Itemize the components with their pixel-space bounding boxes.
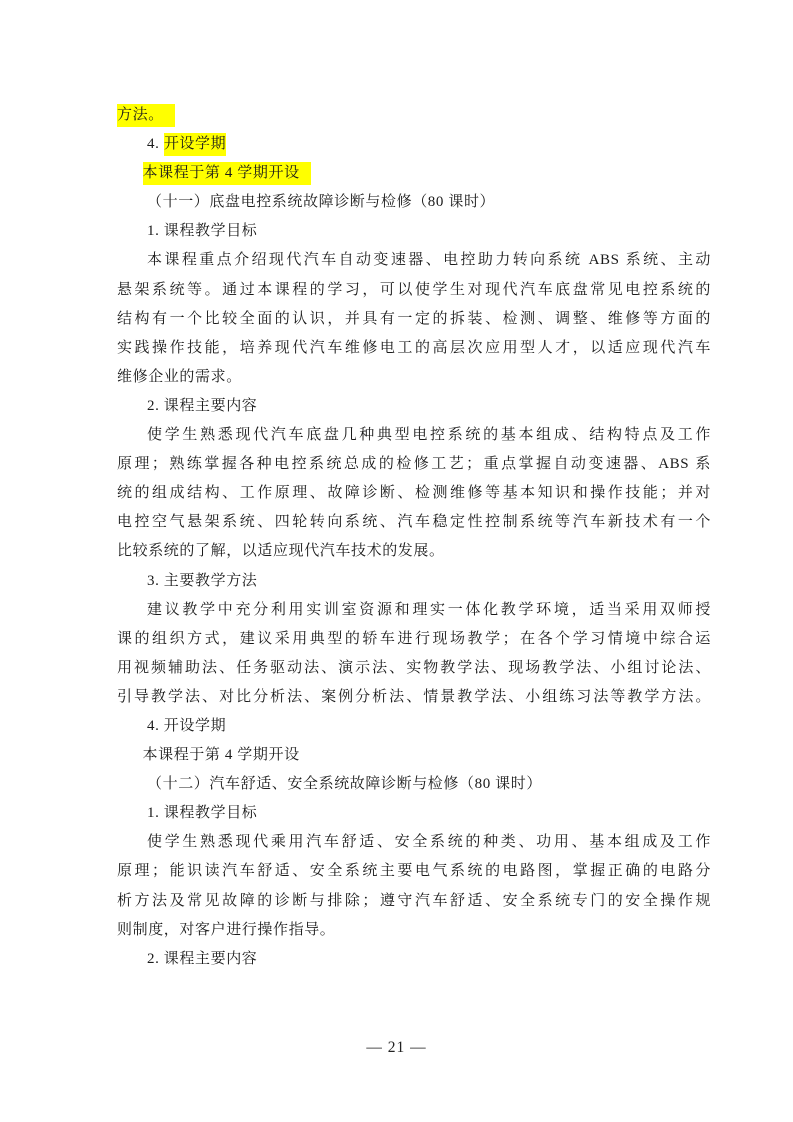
text-segment: 4. 开设学期	[147, 718, 226, 734]
text-line: （十一）底盘电控系统故障诊断与检修（80 课时）	[117, 188, 711, 217]
text-segment: 1. 课程教学目标	[147, 805, 257, 821]
text-segment: 统的组成结构、工作原理、故障诊断、检测维修等基本知识和操作技能；并对	[117, 485, 711, 501]
text-line: 统的组成结构、工作原理、故障诊断、检测维修等基本知识和操作技能；并对	[117, 479, 711, 508]
text-line: 悬架系统等。通过本课程的学习，可以使学生对现代汽车底盘常见电控系统的	[117, 276, 711, 305]
text-segment: 使学生熟悉现代乘用汽车舒适、安全系统的种类、功用、基本组成及工作	[147, 834, 711, 850]
text-segment: 本课程重点介绍现代汽车自动变速器、电控助力转向系统 ABS 系统、主动	[147, 252, 711, 268]
text-segment: 用视频辅助法、任务驱动法、演示法、实物教学法、现场教学法、小组讨论法、	[117, 660, 711, 676]
text-line: 2. 课程主要内容	[117, 945, 711, 974]
text-segment: 比较系统的了解，以适应现代汽车技术的发展。	[117, 543, 445, 559]
text-line: 课的组织方式，建议采用典型的轿车进行现场教学；在各个学习情境中综合运	[117, 625, 711, 654]
text-line: 本课程重点介绍现代汽车自动变速器、电控助力转向系统 ABS 系统、主动	[117, 246, 711, 275]
text-line: 1. 课程教学目标	[117, 217, 711, 246]
text-line: 4. 开设学期	[117, 130, 711, 159]
text-segment: （十一）底盘电控系统故障诊断与检修（80 课时）	[147, 194, 495, 210]
text-segment: 建议教学中充分利用实训室资源和理实一体化教学环境，适当采用双师授	[147, 602, 711, 618]
text-segment: 电控空气悬架系统、四轮转向系统、汽车稳定性控制系统等汽车新技术有一个	[117, 514, 711, 530]
document-page: 方法。4. 开设学期本课程于第 4 学期开设（十一）底盘电控系统故障诊断与检修（…	[0, 0, 793, 1122]
text-line: 原理；熟练掌握各种电控系统总成的检修工艺；重点掌握自动变速器、ABS 系	[117, 450, 711, 479]
text-segment: 则制度，对客户进行操作指导。	[117, 922, 335, 938]
text-line: 2. 课程主要内容	[117, 392, 711, 421]
text-segment: 引导教学法、对比分析法、案例分析法、情景教学法、小组练习法等教学方法。	[117, 689, 711, 705]
text-segment: 课的组织方式，建议采用典型的轿车进行现场教学；在各个学习情境中综合运	[117, 631, 711, 647]
text-line: 使学生熟悉现代乘用汽车舒适、安全系统的种类、功用、基本组成及工作	[117, 828, 711, 857]
text-line: 维修企业的需求。	[117, 363, 711, 392]
document-body: 方法。4. 开设学期本课程于第 4 学期开设（十一）底盘电控系统故障诊断与检修（…	[117, 101, 711, 974]
text-segment: 3. 主要教学方法	[147, 573, 257, 589]
text-line: 建议教学中充分利用实训室资源和理实一体化教学环境，适当采用双师授	[117, 596, 711, 625]
text-segment: 原理；熟练掌握各种电控系统总成的检修工艺；重点掌握自动变速器、ABS 系	[117, 456, 711, 472]
text-line: 本课程于第 4 学期开设	[117, 741, 711, 770]
text-segment: 1. 课程教学目标	[147, 223, 257, 239]
text-segment: 实践操作技能，培养现代汽车维修电工的高层次应用型人才，以适应现代汽车	[117, 340, 711, 356]
text-segment: 原理；能识读汽车舒适、安全系统主要电气系统的电路图，掌握正确的电路分	[117, 863, 711, 879]
highlighted-text: 开设学期	[164, 133, 226, 156]
highlighted-text: 本课程于第 4 学期开设	[143, 162, 311, 185]
text-segment: 2. 课程主要内容	[147, 398, 257, 414]
highlighted-text: 方法。	[117, 104, 175, 127]
text-line: 析方法及常见故障的诊断与排除；遵守汽车舒适、安全系统专门的安全操作规	[117, 887, 711, 916]
text-line: 3. 主要教学方法	[117, 567, 711, 596]
text-line: 使学生熟悉现代汽车底盘几种典型电控系统的基本组成、结构特点及工作	[117, 421, 711, 450]
text-line: 则制度，对客户进行操作指导。	[117, 916, 711, 945]
text-line: （十二）汽车舒适、安全系统故障诊断与检修（80 课时）	[117, 770, 711, 799]
text-line: 本课程于第 4 学期开设	[117, 159, 711, 188]
text-segment: （十二）汽车舒适、安全系统故障诊断与检修（80 课时）	[147, 776, 542, 792]
text-line: 原理；能识读汽车舒适、安全系统主要电气系统的电路图，掌握正确的电路分	[117, 857, 711, 886]
text-segment: 结构有一个比较全面的认识，并具有一定的拆装、检测、调整、维修等方面的	[117, 311, 711, 327]
text-line: 电控空气悬架系统、四轮转向系统、汽车稳定性控制系统等汽车新技术有一个	[117, 508, 711, 537]
text-line: 引导教学法、对比分析法、案例分析法、情景教学法、小组练习法等教学方法。	[117, 683, 711, 712]
text-line: 比较系统的了解，以适应现代汽车技术的发展。	[117, 537, 711, 566]
text-line: 结构有一个比较全面的认识，并具有一定的拆装、检测、调整、维修等方面的	[117, 305, 711, 334]
text-segment: 使学生熟悉现代汽车底盘几种典型电控系统的基本组成、结构特点及工作	[147, 427, 711, 443]
text-segment: 4.	[147, 136, 164, 152]
text-line: 用视频辅助法、任务驱动法、演示法、实物教学法、现场教学法、小组讨论法、	[117, 654, 711, 683]
text-line: 1. 课程教学目标	[117, 799, 711, 828]
text-segment: 悬架系统等。通过本课程的学习，可以使学生对现代汽车底盘常见电控系统的	[117, 282, 711, 298]
text-line: 4. 开设学期	[117, 712, 711, 741]
text-segment: 维修企业的需求。	[117, 369, 242, 385]
text-line: 方法。	[117, 101, 711, 130]
text-segment: 析方法及常见故障的诊断与排除；遵守汽车舒适、安全系统专门的安全操作规	[117, 893, 711, 909]
page-number: — 21 —	[366, 1039, 426, 1056]
page-footer: — 21 —	[0, 1039, 793, 1057]
text-segment: 2. 课程主要内容	[147, 951, 257, 967]
text-line: 实践操作技能，培养现代汽车维修电工的高层次应用型人才，以适应现代汽车	[117, 334, 711, 363]
text-segment: 本课程于第 4 学期开设	[143, 747, 300, 763]
